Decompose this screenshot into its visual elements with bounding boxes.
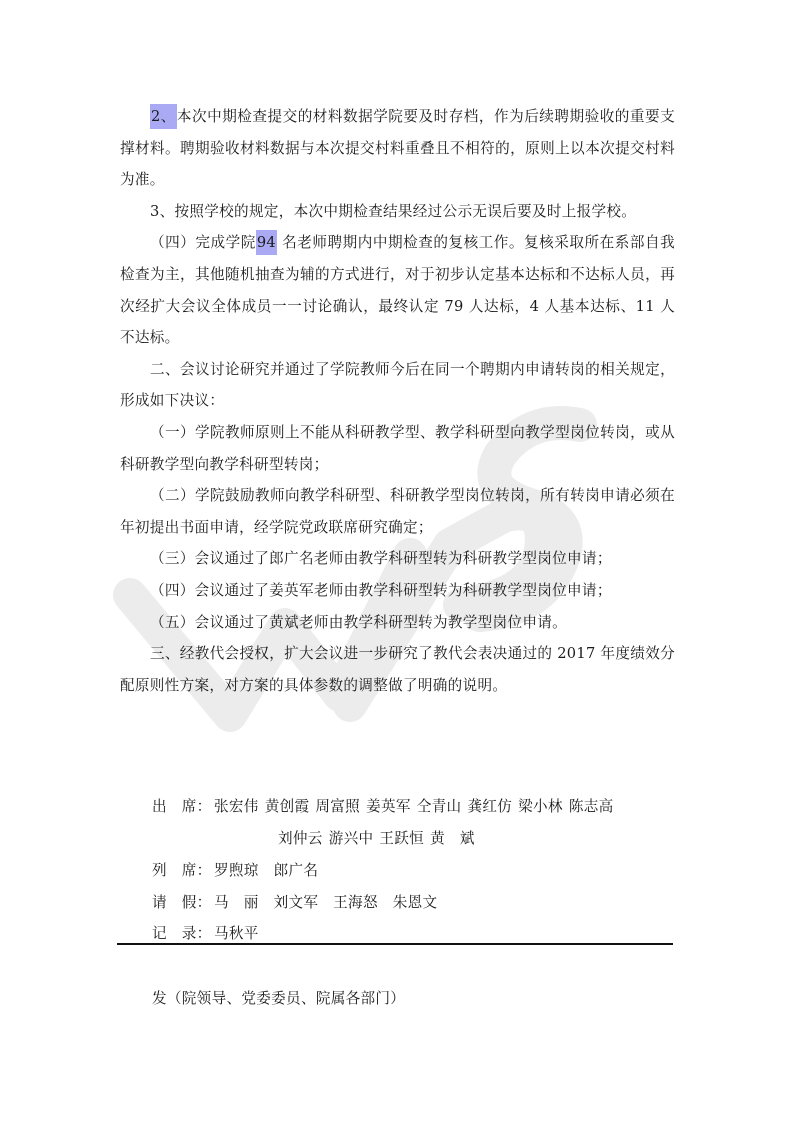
- highlighted-text[interactable]: 2、: [150, 104, 177, 129]
- paragraph-resolution-2: （二）学院鼓励教师向教学科研型、科研教学型岗位转岗，所有转岗申请必须在年初提出书…: [120, 480, 675, 543]
- horizontal-rule: [117, 943, 673, 945]
- attendance-present: 出 席：张宏伟黄创霞周富照姜英军仝青山龚红仿梁小林陈志高: [152, 795, 620, 816]
- nonvoting-label: 列 席：: [152, 859, 214, 880]
- present-names-line2: 刘仲云游兴中王跃恒黄 斌: [278, 830, 481, 847]
- paragraph-resolution-5: （五）会议通过了黄斌老师由教学科研型转为教学型岗位申请。: [120, 607, 675, 639]
- document-page: 2、本次中期检查提交的材料数据学院要及时存档，作为后续聘期验收的重要支撑材料。聘…: [0, 0, 793, 1122]
- paragraph-item-2: 2、本次中期检查提交的材料数据学院要及时存档，作为后续聘期验收的重要支撑材料。聘…: [120, 101, 675, 196]
- attendance-recorder: 记 录：马秋平: [152, 922, 259, 943]
- paragraph-resolution-3: （三）会议通过了郎广名老师由教学科研型转为科研教学型岗位申请；: [120, 543, 675, 575]
- recorder-label: 记 录：: [152, 922, 214, 943]
- paragraph-item-3: 3、按照学校的规定，本次中期检查结果经过公示无误后要及时上报学校。: [120, 196, 675, 228]
- paragraph-resolution-1: （一）学院教师原则上不能从科研教学型、教学科研型向教学型岗位转岗，或从科研教学型…: [120, 417, 675, 480]
- leave-label: 请 假：: [152, 891, 214, 912]
- attendance-leave: 请 假：马 丽 刘文军 王海怒 朱恩文: [152, 891, 437, 912]
- paragraph-sub-4: （四）完成学院94 名老师聘期内中期检查的复核工作。复核采取所在系部自我检查为主…: [120, 227, 675, 353]
- paragraph-section-3: 三、经教代会授权，扩大会议进一步研究了教代会表决通过的 2017 年度绩效分配原…: [120, 638, 675, 701]
- document-body: 2、本次中期检查提交的材料数据学院要及时存档，作为后续聘期验收的重要支撑材料。聘…: [120, 101, 675, 701]
- present-names-line1: 张宏伟黄创霞周富照姜英军仝青山龚红仿梁小林陈志高: [214, 798, 620, 815]
- paragraph-resolution-4: （四）会议通过了姜英军老师由教学科研型转为科研教学型岗位申请；: [120, 575, 675, 607]
- present-label: 出 席：: [152, 795, 214, 816]
- leave-names: 马 丽 刘文军 王海怒 朱恩文: [214, 894, 437, 911]
- recorder-name: 马秋平: [214, 925, 259, 942]
- attendance-present-line2: 刘仲云游兴中王跃恒黄 斌: [278, 827, 481, 848]
- distribution-line: 发（院领导、党委委员、院属各部门）: [152, 987, 405, 1008]
- paragraph-section-2: 二、会议讨论研究并通过了学院教师今后在同一个聘期内申请转岗的相关规定，形成如下决…: [120, 354, 675, 417]
- nonvoting-names: 罗煦琼 郎广名: [214, 862, 318, 879]
- highlighted-number[interactable]: 94: [256, 230, 277, 255]
- attendance-nonvoting: 列 席：罗煦琼 郎广名: [152, 859, 318, 880]
